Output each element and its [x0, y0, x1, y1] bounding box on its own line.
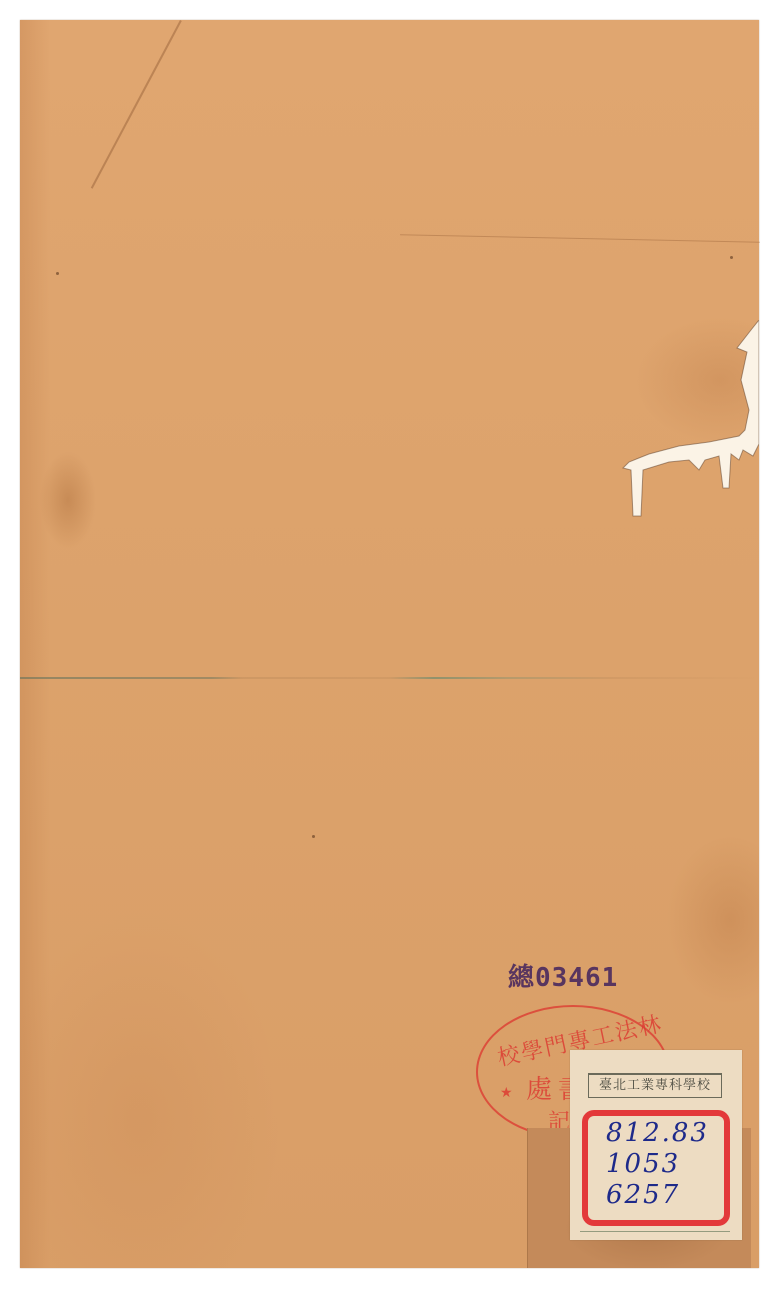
speck	[56, 272, 59, 275]
seal-star-icon: ★	[500, 1085, 513, 1101]
call-number-line: 812.83	[606, 1118, 709, 1148]
call-number-box: 812.83 1053 6257	[582, 1110, 730, 1226]
label-institution-header: 臺北工業專科學校	[588, 1073, 722, 1098]
speck	[730, 256, 733, 259]
label-footer-line	[580, 1231, 730, 1232]
call-number-label: 臺北工業專科學校 812.83 1053 6257	[570, 1050, 742, 1240]
speck	[312, 835, 315, 838]
upper-crease	[400, 234, 760, 243]
inventory-number-stamp: 總03461	[508, 957, 618, 994]
document-page: 總03461 校學門專工法林 ★ 處書 記 臺北工業專科學校 812.83 10…	[20, 20, 759, 1268]
torn-paper-damage	[619, 320, 759, 520]
horizontal-fold-line	[20, 677, 759, 679]
call-number-line: 6257	[606, 1180, 680, 1210]
call-number-line: 1053	[606, 1149, 680, 1179]
diagonal-crease	[91, 20, 182, 189]
